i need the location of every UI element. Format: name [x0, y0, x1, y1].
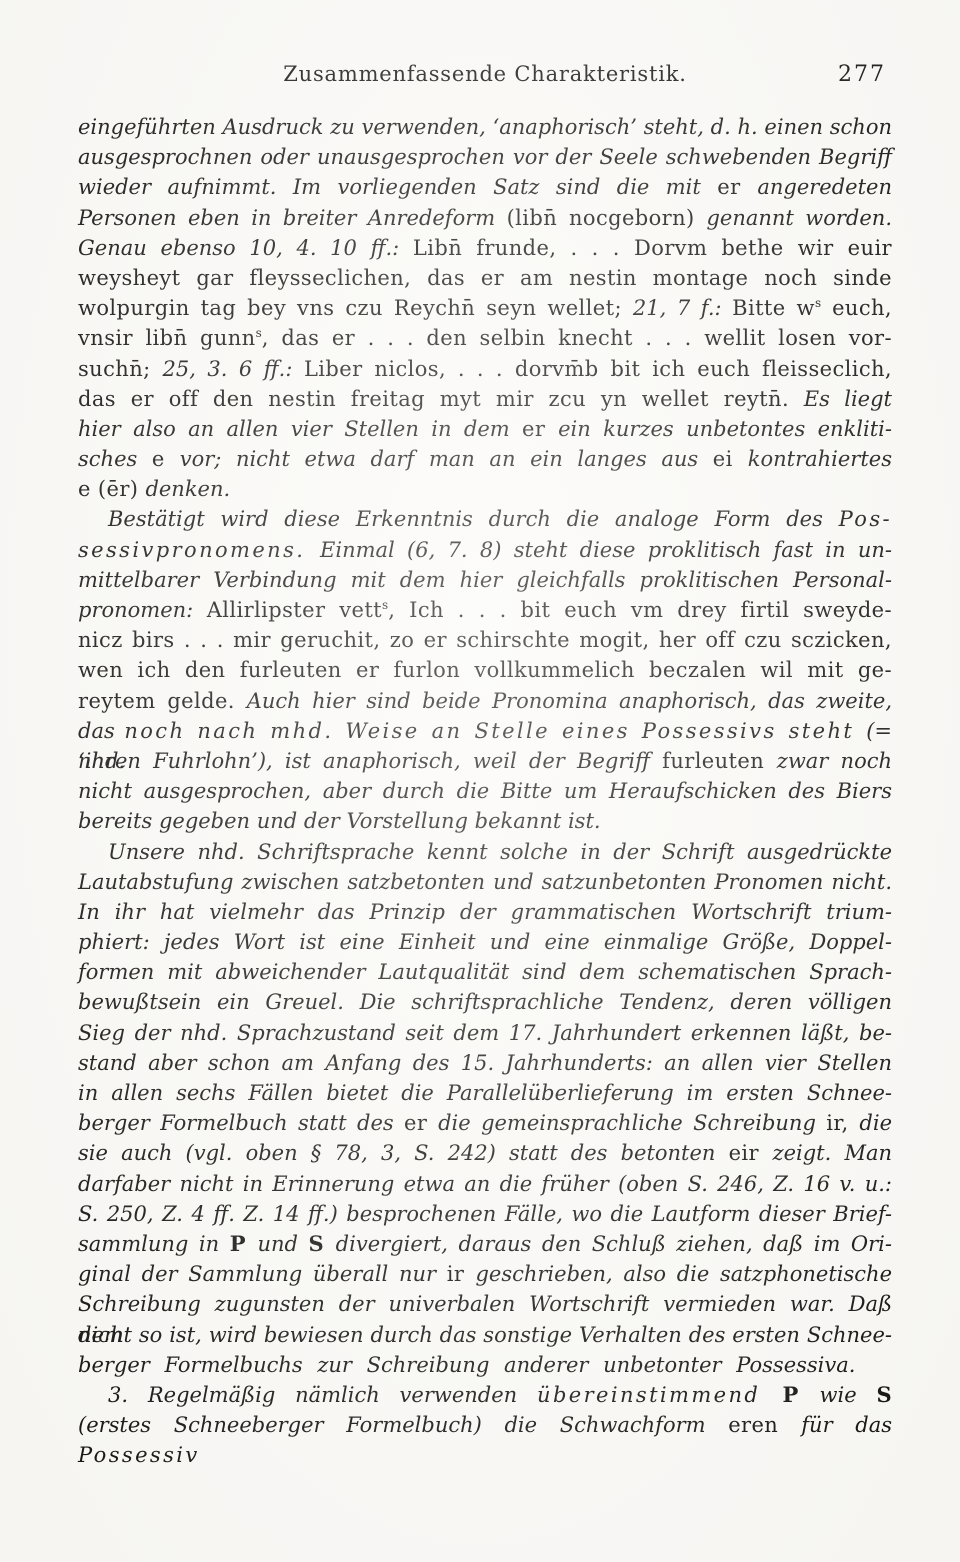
text-segment: , das er . . . den selbin knecht . . . w… — [262, 326, 892, 350]
text-segment: mittelbarer Verbindung mit dem hier glei… — [78, 568, 892, 592]
text-segment: hier also an allen vier Stellen in dem — [78, 417, 522, 441]
text-line: stand aber schon am Anfang des 15. Jahrh… — [78, 1048, 892, 1078]
running-title: Zusammenfassende Charakteristik. — [78, 62, 892, 86]
text-line: 3. Regelmäßig nämlich verwenden übereins… — [78, 1380, 892, 1410]
text-line: Sieg der nhd. Sprachzustand seit dem 17.… — [78, 1018, 892, 1048]
text-line: bereits gegeben und der Vorstellung beka… — [78, 806, 892, 836]
text-segment: Bestätigt wird diese Erkenntnis durch di… — [108, 507, 839, 531]
text-segment: ‘ihren Fuhrlohn’), ist anaphorisch, weil… — [78, 749, 662, 773]
text-line: in allen sechs Fällen bietet die Paralle… — [78, 1078, 892, 1108]
text-segment: nicht ausgesprochen, aber durch die Bitt… — [78, 779, 892, 803]
text-segment: bereits gegeben und der Vorstellung beka… — [78, 809, 601, 833]
text-segment: Auch hier sind beide Pronomina anaphoris… — [247, 689, 892, 713]
text-segment: ein kurzes unbetontes enkliti- — [558, 417, 892, 441]
text-segment: wen ich den furleuten er furlon vollkumm… — [78, 658, 892, 682]
text-line: Schreibung zugunsten der univerbalen Wor… — [78, 1289, 892, 1319]
text-line: phiert: jedes Wort ist eine Einheit und … — [78, 927, 892, 957]
text-segment: nicht so ist, wird bewiesen durch das so… — [78, 1323, 892, 1347]
text-segment: Possessiv — [78, 1443, 200, 1467]
text-segment: und — [257, 1232, 308, 1256]
text-segment: zwar noch — [777, 749, 892, 773]
text-block: eingeführten Ausdruck zu verwenden, ‘ana… — [78, 112, 892, 1440]
text-line: wen ich den furleuten er furlon vollkumm… — [78, 655, 892, 685]
text-segment: sessivpronomens. — [78, 538, 320, 562]
text-segment: Pos- — [839, 507, 892, 531]
text-segment: Einmal (6, 7. 8) steht diese proklitisch… — [320, 538, 892, 562]
text-line: das er off den nestin freitag myt mir zc… — [78, 384, 892, 414]
text-line: das noch nach mhd. Weise an Stelle eines… — [78, 716, 892, 746]
text-segment: furleuten — [662, 749, 777, 773]
text-segment: eren — [728, 1413, 801, 1437]
text-segment: Lautabstufung zwischen satzbetonten und … — [78, 870, 892, 894]
text-line: bewußtsein ein Greuel. Die schriftsprach… — [78, 987, 892, 1017]
text-segment: weysheyt gar fleysseclichen, das er am n… — [78, 266, 892, 290]
text-line: berger Formelbuch statt des er die gemei… — [78, 1108, 892, 1138]
text-segment: sie auch (vgl. oben § 78, 3, S. 242) sta… — [78, 1141, 729, 1165]
text-segment: genannt worden. — [706, 206, 892, 230]
text-segment: eir — [729, 1141, 773, 1165]
text-line: pronomen: Allirlipster vetts, Ich . . . … — [78, 595, 892, 625]
text-segment: (erstes Schneeberger Formelbuch) die Sch… — [78, 1413, 728, 1437]
text-segment: e — [152, 447, 180, 471]
text-segment: die gemeinsprachliche Schreibung — [438, 1111, 826, 1135]
text-line: Lautabstufung zwischen satzbetonten und … — [78, 867, 892, 897]
text-line: eingeführten Ausdruck zu verwenden, ‘ana… — [78, 112, 892, 142]
text-segment: , Ich . . . bit euch vm drey firtil swey… — [388, 598, 892, 622]
text-line: sches e vor; nicht etwa darf man an ein … — [78, 444, 892, 474]
text-segment: kontrahiertes — [748, 447, 892, 471]
page-number: 277 — [838, 62, 886, 87]
text-segment: ei — [713, 447, 748, 471]
text-segment: vor; nicht etwa darf man an ein langes a… — [180, 447, 713, 471]
text-line: S. 250, Z. 4 ff. Z. 14 ff.) besprochenen… — [78, 1199, 892, 1229]
text-segment: berger Formelbuchs zur Schreibung andere… — [78, 1353, 855, 1377]
text-segment: bewußtsein ein Greuel. Die schriftsprach… — [78, 990, 892, 1014]
text-segment: vnsir libn̄ gunn — [78, 326, 256, 350]
text-line: ginal der Sammlung überall nur ir geschr… — [78, 1259, 892, 1289]
text-line: Unsere nhd. Schriftsprache kennt solche … — [78, 837, 892, 867]
text-segment: denken. — [145, 477, 230, 501]
text-segment: wie — [820, 1383, 877, 1407]
text-segment: wolpurgin tag bey vns czu Reychn̄ seyn w… — [78, 296, 633, 320]
text-segment: die — [859, 1111, 892, 1135]
text-segment: ir, — [826, 1111, 859, 1135]
text-segment: Personen eben in breiter Anredeform — [78, 206, 507, 230]
text-segment: ginal der Sammlung überall nur — [78, 1262, 447, 1286]
text-segment: phiert: jedes Wort ist eine Einheit und … — [78, 930, 892, 954]
text-segment: Sieg der nhd. Sprachzustand seit dem 17.… — [78, 1021, 892, 1045]
text-segment: formen mit abweichender Lautqualität sin… — [78, 960, 892, 984]
text-segment: ausgesprochnen oder unausgesprochen vor … — [78, 145, 892, 169]
text-line: Bestätigt wird diese Erkenntnis durch di… — [78, 504, 892, 534]
text-segment: (libn̄ nocgeborn) — [507, 206, 707, 230]
text-line: sessivpronomens. Einmal (6, 7. 8) steht … — [78, 535, 892, 565]
text-line: suchn̄; 25, 3. 6 ff.: Liber niclos, . . … — [78, 354, 892, 384]
text-segment: er — [522, 417, 558, 441]
text-segment: stand aber schon am Anfang des 15. Jahrh… — [78, 1051, 892, 1075]
text-segment: Bitte w — [732, 296, 815, 320]
text-segment: für das — [801, 1413, 892, 1437]
book-page: Zusammenfassende Charakteristik. 277 ein… — [0, 0, 960, 1562]
text-segment: darfaber nicht in Erinnerung etwa an die… — [78, 1172, 892, 1196]
text-segment: S — [309, 1231, 336, 1256]
text-segment: berger Formelbuch statt des — [78, 1111, 404, 1135]
text-line: nicht ausgesprochen, aber durch die Bitt… — [78, 776, 892, 806]
text-segment: geschrieben, also die satzphonetische — [475, 1262, 892, 1286]
text-line: Personen eben in breiter Anredeform (lib… — [78, 203, 892, 233]
text-segment: eingeführten Ausdruck zu verwenden, ‘ana… — [78, 115, 892, 139]
text-line: weysheyt gar fleysseclichen, das er am n… — [78, 263, 892, 293]
text-segment: Genau ebenso 10, 4. 10 ff.: — [78, 236, 413, 260]
text-line: reytem gelde. Auch hier sind beide Prono… — [78, 686, 892, 716]
text-segment: divergiert, daraus den Schluß ziehen, da… — [336, 1232, 892, 1256]
text-segment: S. 250, Z. 4 ff. Z. 14 ff.) besprochenen… — [78, 1202, 892, 1226]
text-segment: das er off den nestin freitag myt mir zc… — [78, 387, 804, 411]
text-segment: Libn̄ frunde, . . . Dorvm bethe wir euir — [413, 236, 892, 260]
text-line: formen mit abweichender Lautqualität sin… — [78, 957, 892, 987]
page-header: Zusammenfassende Charakteristik. 277 — [78, 62, 892, 92]
text-segment: euch, — [821, 296, 892, 320]
text-line: wieder aufnimmt. Im vorliegenden Satz si… — [78, 172, 892, 202]
text-segment: sammlung in — [78, 1232, 230, 1256]
text-segment: S — [876, 1382, 892, 1407]
text-line: sammlung in P und S divergiert, daraus d… — [78, 1229, 892, 1259]
text-segment: noch nach mhd. Weise an Stelle eines Pos… — [124, 719, 866, 743]
text-segment: ir — [447, 1262, 476, 1286]
text-segment: er — [404, 1111, 438, 1135]
text-segment: P — [782, 1382, 819, 1407]
text-segment: suchn̄; — [78, 357, 163, 381]
text-segment: e (ēr) — [78, 477, 145, 501]
text-segment: in allen sechs Fällen bietet die Paralle… — [78, 1081, 892, 1105]
text-segment: angeredeten — [757, 175, 892, 199]
text-segment: zeigt. Man — [773, 1141, 892, 1165]
text-line: nicz birs . . . mir geruchit, zo er schi… — [78, 625, 892, 655]
text-line: (erstes Schneeberger Formelbuch) die Sch… — [78, 1410, 892, 1440]
text-segment: wieder aufnimmt. Im vorliegenden Satz si… — [78, 175, 717, 199]
text-line: wolpurgin tag bey vns czu Reychn̄ seyn w… — [78, 293, 892, 323]
text-line: hier also an allen vier Stellen in dem e… — [78, 414, 892, 444]
text-line: mittelbarer Verbindung mit dem hier glei… — [78, 565, 892, 595]
text-segment: sches — [78, 447, 152, 471]
text-line: Genau ebenso 10, 4. 10 ff.: Libn̄ frunde… — [78, 233, 892, 263]
text-line: In ihr hat vielmehr das Prinzip der gram… — [78, 897, 892, 927]
text-segment: Es liegt — [804, 387, 892, 411]
text-line: berger Formelbuchs zur Schreibung andere… — [78, 1350, 892, 1380]
text-segment: nicz birs . . . mir geruchit, zo er schi… — [78, 628, 892, 652]
text-segment: er — [717, 175, 757, 199]
text-line: darfaber nicht in Erinnerung etwa an die… — [78, 1169, 892, 1199]
text-segment: reytem gelde. — [78, 689, 247, 713]
text-segment: übereinstimmend — [537, 1383, 782, 1407]
text-line: e (ēr) denken. — [78, 474, 892, 504]
text-segment: 25, 3. 6 ff.: — [163, 357, 304, 381]
text-segment: P — [230, 1231, 258, 1256]
text-segment: 21, 7 f.: — [633, 296, 732, 320]
text-segment: das — [78, 719, 124, 743]
text-segment: Unsere nhd. Schriftsprache kennt solche … — [108, 840, 892, 864]
text-line: vnsir libn̄ gunns, das er . . . den selb… — [78, 323, 892, 353]
text-line: nicht so ist, wird bewiesen durch das so… — [78, 1320, 892, 1350]
text-line: ausgesprochnen oder unausgesprochen vor … — [78, 142, 892, 172]
text-line: sie auch (vgl. oben § 78, 3, S. 242) sta… — [78, 1138, 892, 1168]
text-segment: pronomen: — [78, 598, 207, 622]
text-segment: In ihr hat vielmehr das Prinzip der gram… — [78, 900, 892, 924]
text-segment: Liber niclos, . . . dorvm̄b bit ich euch… — [304, 357, 892, 381]
text-line: ‘ihren Fuhrlohn’), ist anaphorisch, weil… — [78, 746, 892, 776]
text-segment: 3. Regelmäßig nämlich verwenden — [108, 1383, 537, 1407]
text-segment: Allirlipster vett — [207, 598, 382, 622]
